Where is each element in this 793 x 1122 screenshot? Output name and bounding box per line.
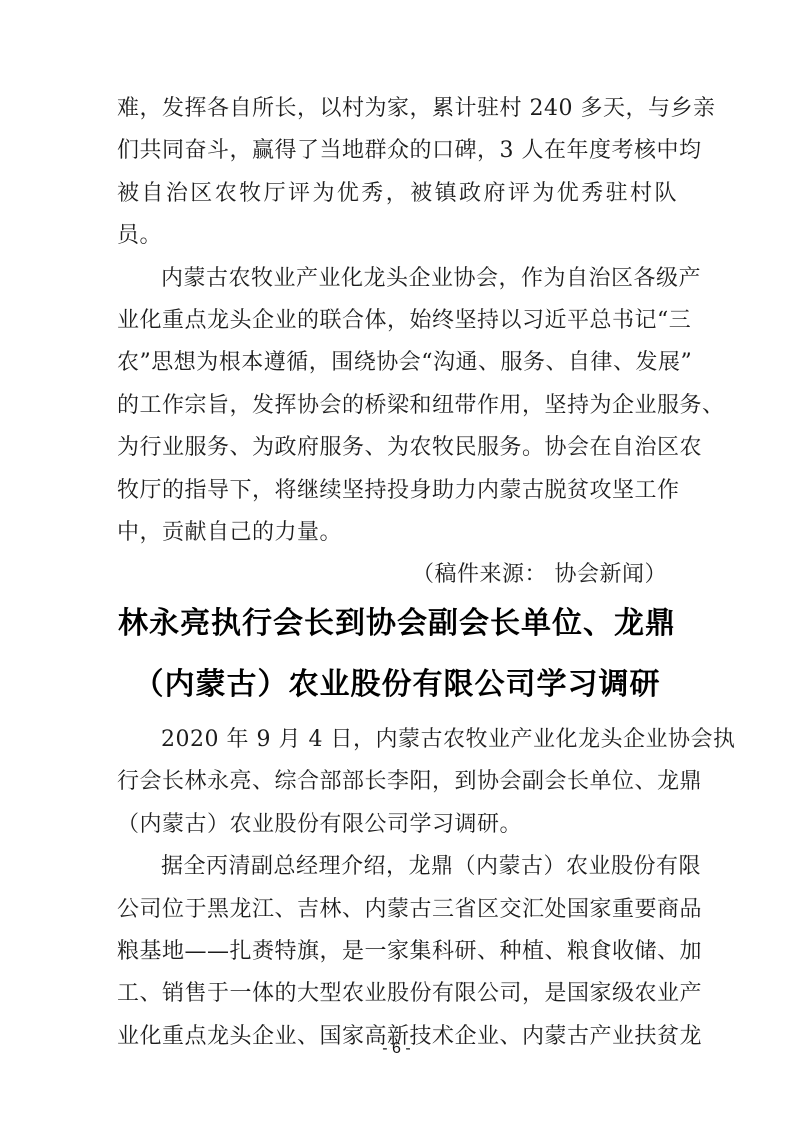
page-number: - 6 - xyxy=(0,1040,793,1058)
document-page: 难，发挥各自所长，以村为家，累计驻村 240 多天，与乡亲 们共同奋斗，赢得了当… xyxy=(0,0,793,1122)
body-line: 农”思想为根本遵循，围绕协会“沟通、服务、自律、发展” xyxy=(117,342,677,384)
body-line: 据全丙清副总经理介绍，龙鼎（内蒙古）农业股份有限 xyxy=(117,846,677,888)
body-line: 行会长林永亮、综合部部长李阳，到协会副会长单位、龙鼎 xyxy=(117,761,677,803)
body-line: 被自治区农牧厅评为优秀，被镇政府评为优秀驻村队员。 xyxy=(117,173,677,258)
body-line: 牧厅的指导下，将继续坚持投身助力内蒙古脱贫攻坚工作 xyxy=(117,470,677,512)
document-body: 难，发挥各自所长，以村为家，累计驻村 240 多天，与乡亲 们共同奋斗，赢得了当… xyxy=(117,88,677,1058)
body-line: 粮基地——扎赉特旗，是一家集科研、种植、粮食收储、加 xyxy=(117,931,677,973)
article-heading: 林永亮执行会长到协会副会长单位、龙鼎 （内蒙古）农业股份有限公司学习调研 xyxy=(117,593,677,715)
paragraph-association-intro: 内蒙古农牧业产业化龙头企业协会，作为自治区各级产 业化重点龙头企业的联合体，始终… xyxy=(117,258,677,555)
article-heading-line: 林永亮执行会长到协会副会长单位、龙鼎 xyxy=(117,593,677,654)
paragraph-visit-date: 2020 年 9 月 4 日，内蒙古农牧业产业化龙头企业协会执 行会长林永亮、综… xyxy=(117,719,677,846)
body-line: 工、销售于一体的大型农业股份有限公司，是国家级农业产 xyxy=(117,973,677,1015)
body-line: 中，贡献自己的力量。 xyxy=(117,512,677,554)
body-line: 的工作宗旨，发挥协会的桥梁和纽带作用，坚持为企业服务、 xyxy=(117,385,677,427)
body-line: 为行业服务、为政府服务、为农牧民服务。协会在自治区农 xyxy=(117,427,677,469)
body-line: 公司位于黑龙江、吉林、内蒙古三省区交汇处国家重要商品 xyxy=(117,889,677,931)
body-line: 业化重点龙头企业的联合体，始终坚持以习近平总书记“三 xyxy=(117,300,677,342)
body-line: 内蒙古农牧业产业化龙头企业协会，作为自治区各级产 xyxy=(117,258,677,300)
body-line: 2020 年 9 月 4 日，内蒙古农牧业产业化龙头企业协会执 xyxy=(117,719,677,761)
source-attribution: （稿件来源： 协会新闻） xyxy=(117,554,677,596)
paragraph-continuation: 难，发挥各自所长，以村为家，累计驻村 240 多天，与乡亲 们共同奋斗，赢得了当… xyxy=(117,88,677,258)
body-line: 们共同奋斗，赢得了当地群众的口碑，3 人在年度考核中均 xyxy=(117,130,677,172)
article-heading-line: （内蒙古）农业股份有限公司学习调研 xyxy=(117,654,677,715)
paragraph-company-intro: 据全丙清副总经理介绍，龙鼎（内蒙古）农业股份有限 公司位于黑龙江、吉林、内蒙古三… xyxy=(117,846,677,1058)
body-line: 难，发挥各自所长，以村为家，累计驻村 240 多天，与乡亲 xyxy=(117,88,677,130)
body-line: （内蒙古）农业股份有限公司学习调研。 xyxy=(117,804,677,846)
